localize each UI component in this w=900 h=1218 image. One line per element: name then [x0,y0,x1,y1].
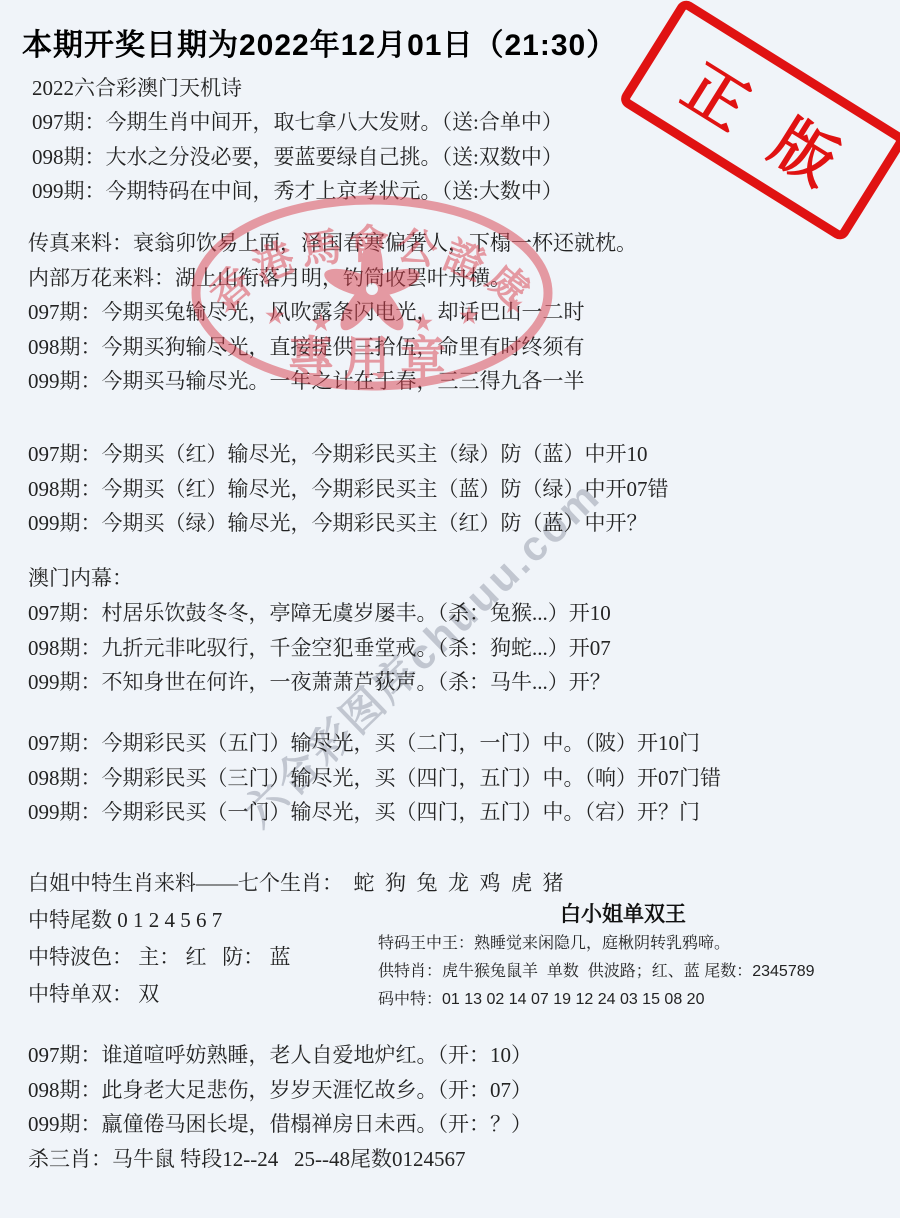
tip-line: 098期：九折元非叱驭行，千金空犯垂堂戒。（杀：狗蛇...）开07 [28,631,611,666]
tip-line: 中特单双： 双 [28,976,291,1013]
tip-line: 白姐中特生肖来料——七个生肖： 蛇 狗 兔 龙 鸡 虎 猪 [28,866,564,901]
tip-line: 供特肖：虎牛猴兔鼠羊 单数 供波路；红、蓝 尾数：2345789 [378,958,868,986]
section-baijie-intro: 白姐中特生肖来料——七个生肖： 蛇 狗 兔 龙 鸡 虎 猪 [28,866,564,901]
section-neimu-heading: 澳门内幕： [28,561,611,596]
section-tianji: 2022六合彩澳门天机诗 097期：今期生肖中间开，取七拿八大发财。（送:合单中… [32,72,563,209]
tip-line: 099期：今期买（绿）输尽光，今期彩民买主（红）防（蓝）中开？ [28,506,669,541]
tip-line: 098期：今期彩民买（三门）输尽光，买（四门，五门）中。（响）开07门错 [28,761,721,796]
section-tianji-heading: 2022六合彩澳门天机诗 [32,72,563,105]
tip-line: 传真来料：衰翁卯饮易上面，泽国春寒偏著人，下榻一杯还就枕。 [28,226,637,261]
tip-line: 099期：不知身世在何许，一夜萧萧芦荻声。（杀：马牛...）开？ [28,665,611,700]
tip-line: 097期：今期彩民买（五门）输尽光，买（二门，一门）中。（陂）开10门 [28,726,721,761]
tip-line: 097期：今期买（红）输尽光，今期彩民买主（绿）防（蓝）中开10 [28,437,669,472]
tip-line: 特码王中王：熟睡觉来闲隐几，庭楸阴转乳鸦啼。 [378,930,868,958]
section-baixiaojie-heading: 白小姐单双王 [378,900,868,930]
tip-line: 中特尾数 0 1 2 4 5 6 7 [28,902,291,939]
tip-line: 097期：村居乐饮鼓冬冬，亭障无虞岁屡丰。（杀：兔猴...）开10 [28,596,611,631]
section-doors: 097期：今期彩民买（五门）输尽光，买（二门，一门）中。（陂）开10门 098期… [28,726,721,830]
tip-line: 099期：今期买马输尽光。一年之计在于春，三三得九各一半 [28,364,637,399]
section-lailiao: 传真来料：衰翁卯饮易上面，泽国春寒偏著人，下榻一杯还就枕。 内部万花来料：湖上山… [28,226,637,399]
section-baixiaojie: 白小姐单双王 特码王中王：熟睡觉来闲隐几，庭楸阴转乳鸦啼。 供特肖：虎牛猴兔鼠羊… [378,900,868,1014]
tip-line: 099期：羸僮倦马困长堤，借榻禅房日未西。（开：？） [28,1107,532,1142]
section-baijie-left: 中特尾数 0 1 2 4 5 6 7 中特波色： 主： 红 防： 蓝 中特单双：… [28,902,291,1013]
section-colors: 097期：今期买（红）输尽光，今期彩民买主（绿）防（蓝）中开10 098期：今期… [28,437,669,541]
tip-line: 098期：大水之分没必要，要蓝要绿自己挑。（送:双数中） [32,140,563,175]
tip-line: 中特波色： 主： 红 防： 蓝 [28,939,291,976]
tip-line: 098期：今期买狗输尽光，直接提供三拾伍，命里有时终须有 [28,330,637,365]
tip-line: 码中特：01 13 02 14 07 19 12 24 03 15 08 20 [378,986,868,1014]
genuine-stamp: 正 版 [617,0,900,243]
tip-line: 杀三肖：马牛鼠 特段12--24 25--48尾数0124567 [28,1142,532,1177]
tip-line: 099期：今期彩民买（一门）输尽光，买（四门，五门）中。（宕）开？门 [28,795,721,830]
tip-sheet-page: 六合彩图库chuuu.com 本期开奖日期为2022年12月01日（21:30）… [0,0,900,1218]
section-bottom: 097期：谁道喧呼妨熟睡，老人自爱地炉红。（开：10） 098期：此身老大足悲伤… [28,1038,532,1176]
tip-line: 099期：今期特码在中间，秀才上京考状元。（送:大数中） [32,174,563,209]
tip-line: 097期：谁道喧呼妨熟睡，老人自爱地炉红。（开：10） [28,1038,532,1073]
tip-line: 内部万花来料：湖上山衔落月明，钓筒收罢叶舟横。 [28,261,637,296]
tip-line: 097期：今期买兔输尽光，风吹露条闪电光，却话巴山一二时 [28,295,637,330]
page-title: 本期开奖日期为2022年12月01日（21:30） [22,20,617,64]
stamp-char: 版 [757,93,857,201]
tip-line: 097期：今期生肖中间开，取七拿八大发财。（送:合单中） [32,105,563,140]
section-neimu: 澳门内幕： 097期：村居乐饮鼓冬冬，亭障无虞岁屡丰。（杀：兔猴...）开10 … [28,561,611,700]
tip-line: 098期：此身老大足悲伤，岁岁天涯忆故乡。（开：07） [28,1073,532,1108]
tip-line: 098期：今期买（红）输尽光，今期彩民买主（蓝）防（绿）中开07错 [28,472,669,507]
stamp-char: 正 [669,38,769,146]
